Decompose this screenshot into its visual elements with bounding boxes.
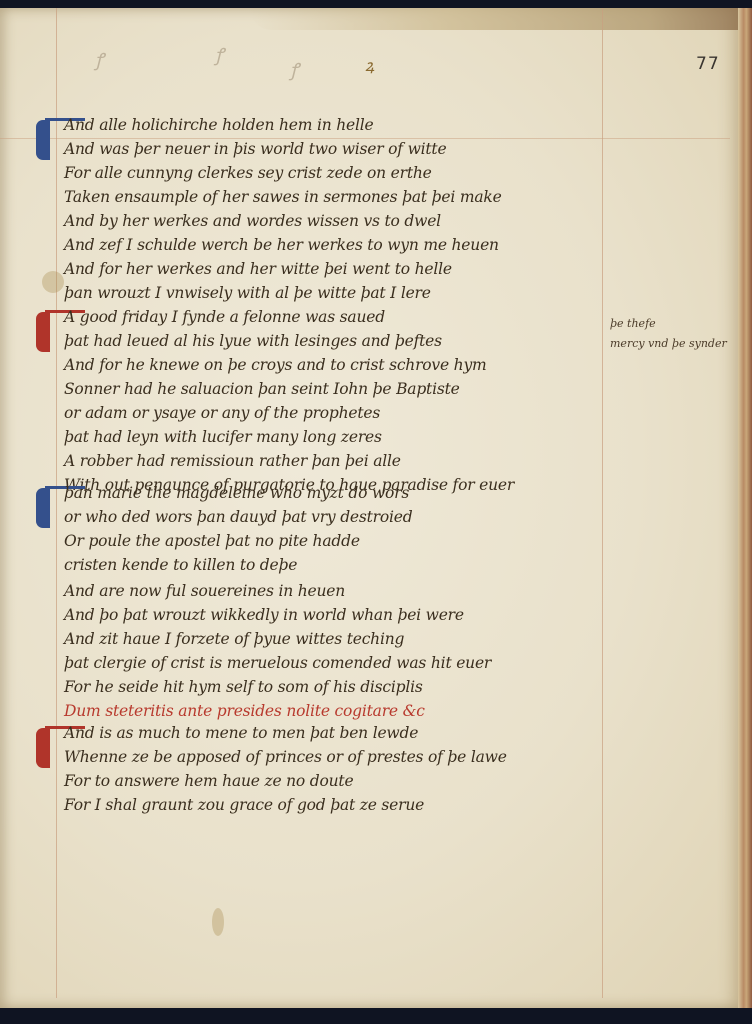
pen-trial: ꝭ bbox=[215, 43, 224, 67]
text-line: Sonner had he saluacion þan seint Iohn þ… bbox=[64, 380, 460, 398]
text-line: cristen kende to killen to deþe bbox=[64, 556, 297, 574]
text-line: And for he knewe on þe croys and to cris… bbox=[64, 356, 487, 374]
text-line: For alle cunnyng clerkes sey crist zede … bbox=[64, 164, 432, 182]
text-line: or adam or ysaye or any of the prophetes bbox=[64, 404, 380, 422]
text-line: And is as much to mene to men þat ben le… bbox=[64, 724, 418, 742]
top-edge-damage bbox=[250, 8, 750, 30]
text-line: And are now ful souereines in heuen bbox=[64, 582, 345, 600]
top-margin-rule bbox=[0, 138, 730, 139]
paragraph-mark-blue bbox=[36, 488, 50, 528]
stain bbox=[212, 908, 224, 936]
text-line: þat had leyn with lucifer many long zere… bbox=[64, 428, 382, 446]
text-line: A good friday I fynde a felonne was saue… bbox=[64, 308, 385, 326]
pen-trial: ꝭ bbox=[95, 48, 104, 72]
paragraph-mark-blue bbox=[36, 120, 50, 160]
text-line: Or poule the apostel þat no pite hadde bbox=[64, 532, 360, 550]
text-line: And þo þat wrouzt wikkedly in world whan… bbox=[64, 606, 464, 624]
pen-trial: ꝭ bbox=[290, 58, 299, 82]
text-line: Whenne ze be apposed of princes or of pr… bbox=[64, 748, 507, 766]
text-line: For I shal graunt zou grace of god þat z… bbox=[64, 796, 424, 814]
left-margin-rule bbox=[56, 8, 57, 998]
folio-number: 77 bbox=[696, 54, 720, 74]
text-line: And was þer neuer in þis world two wiser… bbox=[64, 140, 446, 158]
rubric-line: Dum steteritis ante presides nolite cogi… bbox=[64, 702, 425, 720]
marginal-note-line: þe thefe bbox=[610, 314, 727, 334]
page-edges bbox=[738, 8, 752, 1008]
stain bbox=[42, 271, 64, 293]
text-line: And alle holichirche holden hem in helle bbox=[64, 116, 373, 134]
text-line: And by her werkes and wordes wissen vs t… bbox=[64, 212, 441, 230]
text-line: þat clergie of crist is meruelous comend… bbox=[64, 654, 491, 672]
text-line: And for her werkes and her witte þei wen… bbox=[64, 260, 452, 278]
marginal-note: þe thefe mercy vnd þe synder bbox=[610, 314, 727, 354]
paragraph-mark-red bbox=[36, 312, 50, 352]
text-line: þat had leued al his lyue with lesinges … bbox=[64, 332, 442, 350]
text-line: þan marie the magdeleine who myzt do wor… bbox=[64, 484, 409, 502]
marginal-note-line: mercy vnd þe synder bbox=[610, 334, 727, 354]
text-line: þan wrouzt I vnwisely with al þe witte þ… bbox=[64, 284, 431, 302]
catchword-mark: ꝝ bbox=[365, 54, 374, 76]
text-line: And zef I schulde werch be her werkes to… bbox=[64, 236, 499, 254]
paragraph-mark-red bbox=[36, 728, 50, 768]
text-line: For he seide hit hym self to som of his … bbox=[64, 678, 423, 696]
text-line: And zit haue I forzete of þyue wittes te… bbox=[64, 630, 404, 648]
text-line: For to answere hem haue ze no doute bbox=[64, 772, 353, 790]
right-margin-rule bbox=[602, 8, 603, 998]
text-line: or who ded wors þan dauyd þat vry destro… bbox=[64, 508, 412, 526]
text-line: A robber had remissioun rather þan þei a… bbox=[64, 452, 401, 470]
text-line: Taken ensaumple of her sawes in sermones… bbox=[64, 188, 502, 206]
